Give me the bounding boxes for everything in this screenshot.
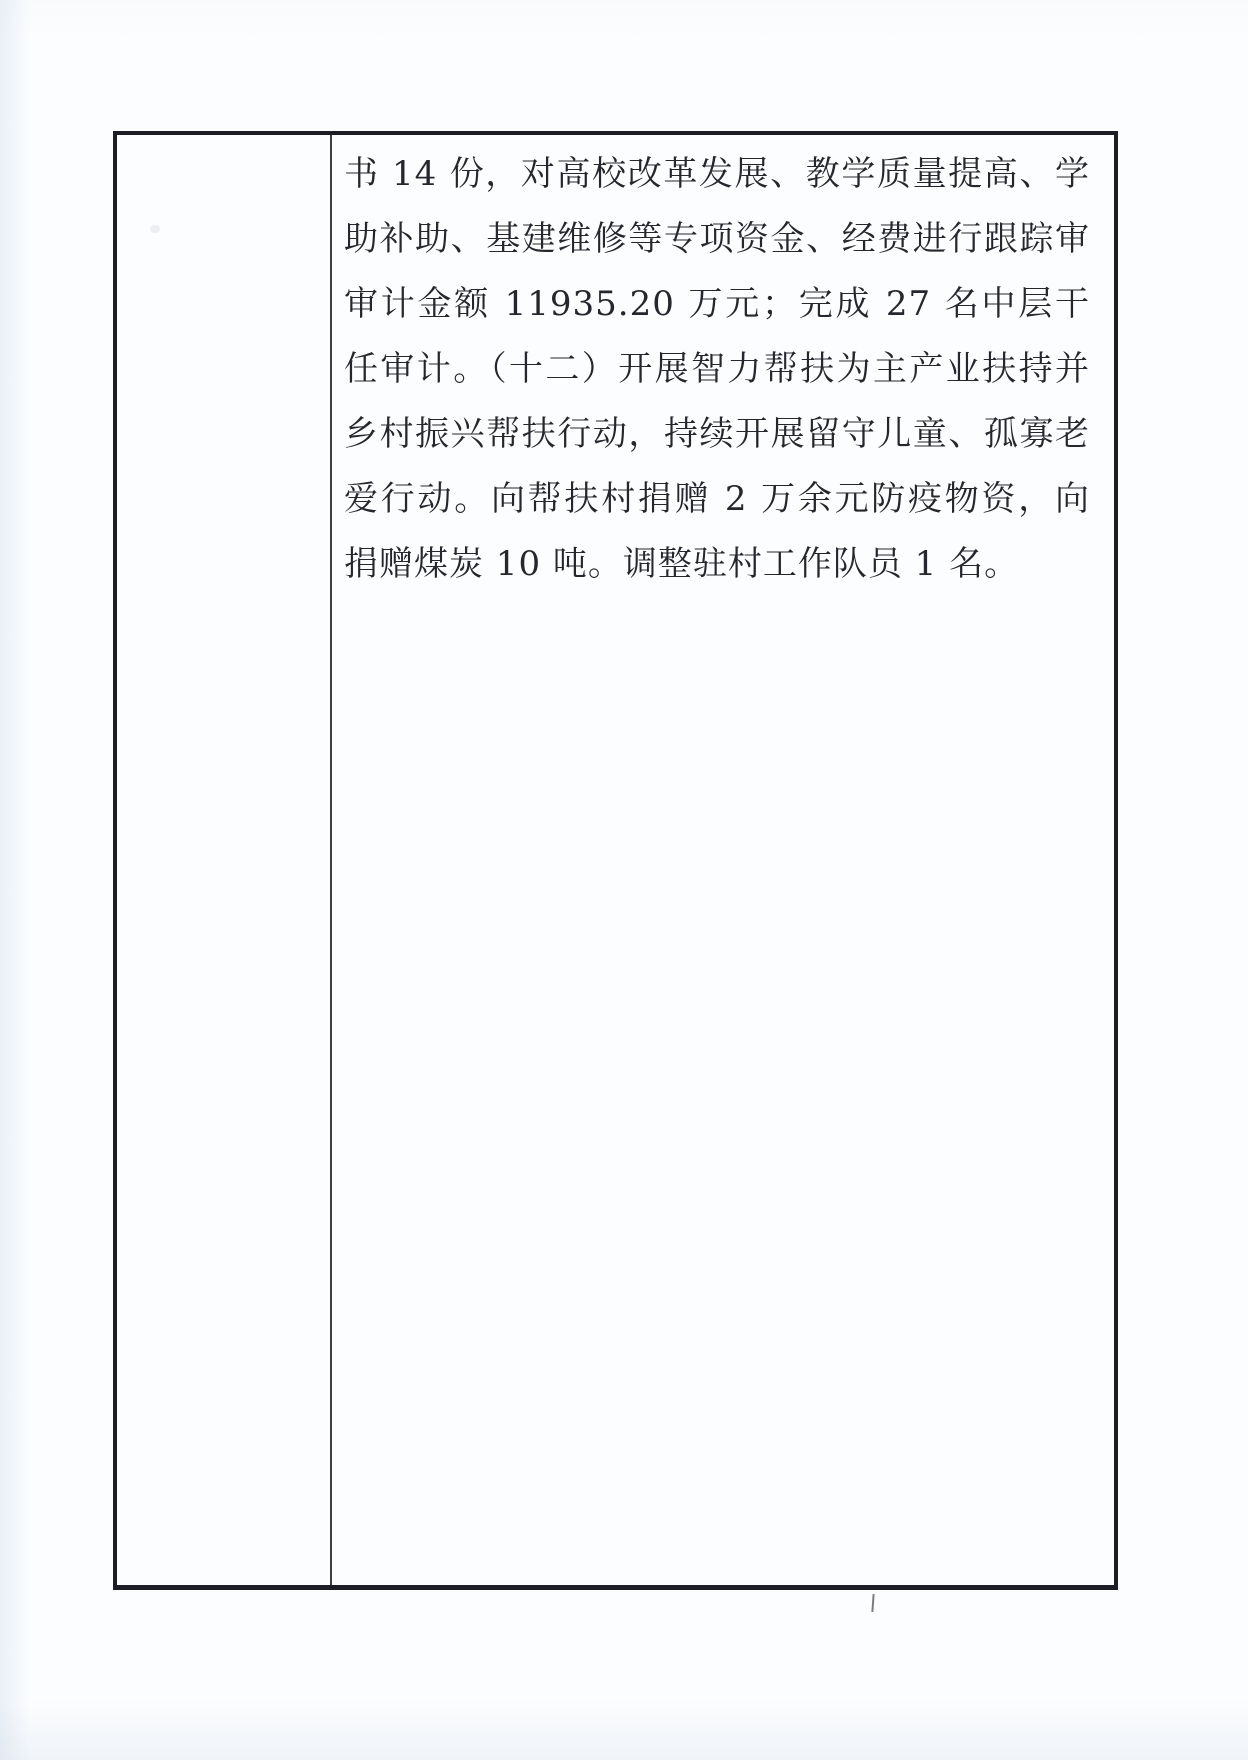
text-line: 审计金额 11935.20 万元；完成 27 名中层干部经济责 — [344, 272, 1090, 337]
scanned-page: 书 14 份，对高校改革发展、教学质量提高、学生资 助补助、基建维修等专项资金、… — [0, 0, 1248, 1760]
report-table: 书 14 份，对高校改革发展、教学质量提高、学生资 助补助、基建维修等专项资金、… — [113, 131, 1118, 1590]
text-line: 助补助、基建维修等专项资金、经费进行跟踪审计， — [344, 207, 1090, 272]
text-line: 书 14 份，对高校改革发展、教学质量提高、学生资 — [344, 142, 1090, 207]
text-line: 乡村振兴帮扶行动，持续开展留守儿童、孤寡老人关 — [344, 402, 1090, 467]
text-line: 爱行动。向帮扶村捐赠 2 万余元防疫物资，向村小学 — [344, 467, 1090, 532]
table-cell-content: 书 14 份，对高校改革发展、教学质量提高、学生资 助补助、基建维修等专项资金、… — [332, 135, 1114, 1585]
text-line: 捐赠煤炭 10 吨。调整驻村工作队员 1 名。 — [344, 532, 1090, 597]
scan-artifact-smudge — [150, 225, 160, 233]
scan-artifact-tick — [871, 1594, 874, 1612]
table-cell-left-empty — [117, 135, 332, 1585]
text-line: 任审计。（十二）开展智力帮扶为主产业扶持并举的 — [344, 337, 1090, 402]
